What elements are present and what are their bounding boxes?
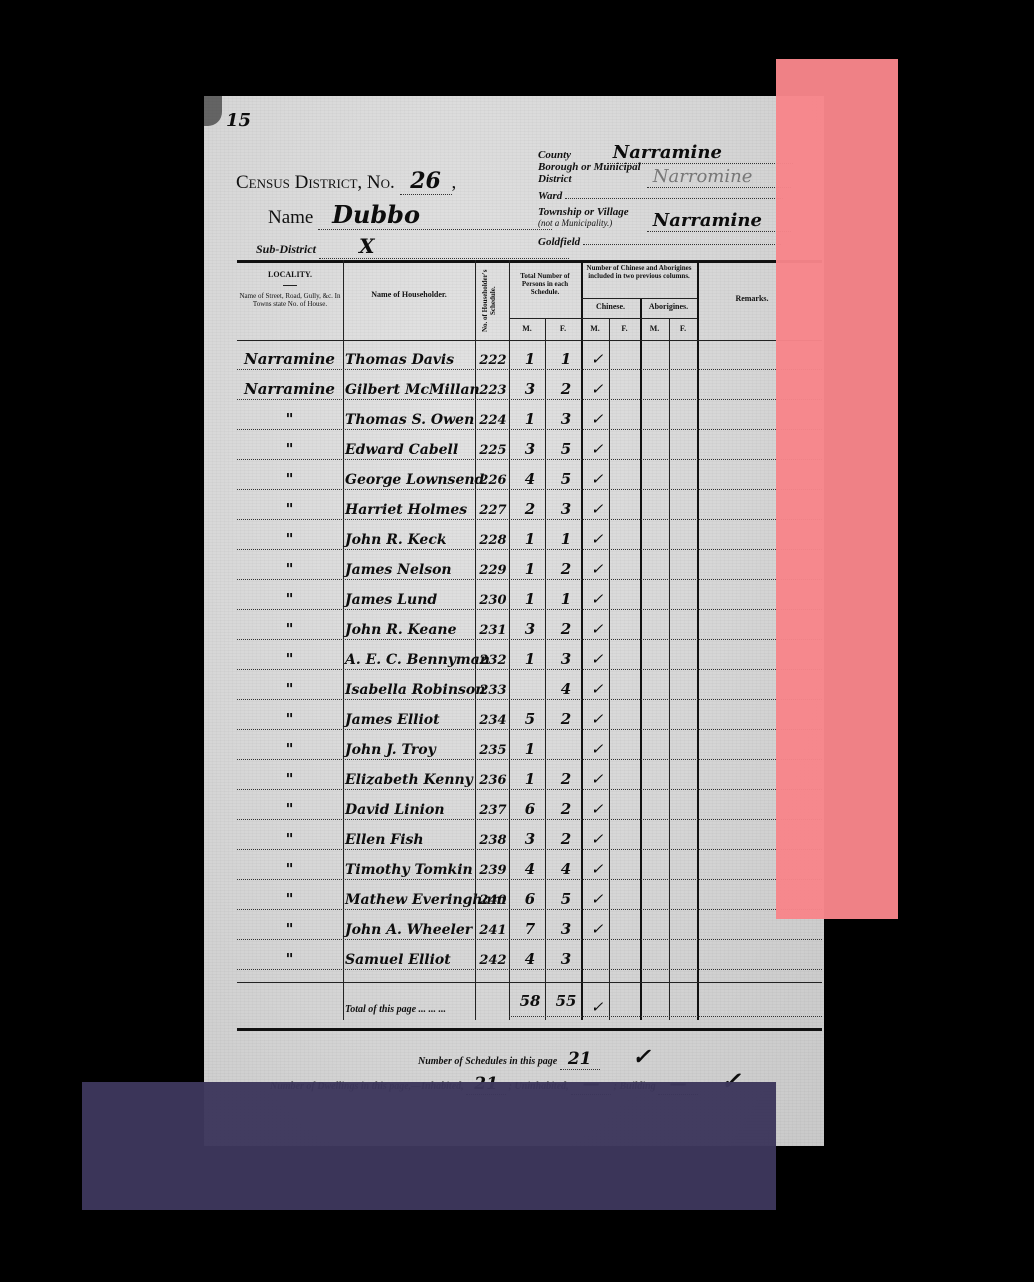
locality-cell: "	[237, 890, 342, 908]
total-m-cell: 4	[512, 950, 548, 968]
householder-name-cell: Harriet Holmes	[345, 502, 480, 518]
hdr-dash	[283, 285, 297, 286]
hdr-rule-total	[509, 318, 581, 319]
check-mark-cell: ✓	[585, 500, 609, 518]
householder-name-cell: A. E. C. Bennyman	[345, 652, 480, 668]
householder-name-cell: John A. Wheeler	[345, 922, 480, 938]
check-mark-cell: ✓	[585, 380, 609, 398]
row-dotted-rule	[237, 819, 822, 820]
row-dotted-rule	[237, 699, 822, 700]
ward-label: Ward	[538, 190, 562, 202]
table-top-rule	[237, 260, 822, 263]
total-f-cell: 2	[548, 830, 584, 848]
locality-cell: "	[237, 920, 342, 938]
total-m-cell: 1	[512, 770, 548, 788]
table-row: "Samuel Elliot24243	[237, 942, 822, 972]
locality-cell: Narramine	[237, 380, 342, 398]
hdr-chinese-f: F.	[609, 324, 640, 333]
schedule-no-cell: 222	[475, 353, 511, 368]
schedule-no-cell: 239	[475, 863, 511, 878]
row-dotted-rule	[237, 489, 822, 490]
hdr-total-f: F.	[545, 324, 581, 333]
hdr-schedule-no: No. of Householder's Schedule.	[481, 264, 503, 338]
locality-cell: "	[237, 830, 342, 848]
goldfield-label: Goldfield	[538, 236, 580, 248]
row-dotted-rule	[237, 519, 822, 520]
total-f-cell: 2	[548, 710, 584, 728]
total-m-cell: 5	[512, 710, 548, 728]
schedule-no-cell: 227	[475, 503, 511, 518]
total-f-cell: 2	[548, 800, 584, 818]
table-row: NarramineThomas Davis22211✓	[237, 342, 822, 372]
township-label: Township or Village	[538, 206, 629, 218]
pink-overlay-block	[776, 59, 898, 919]
row-dotted-rule	[237, 939, 822, 940]
total-m-cell: 6	[512, 890, 548, 908]
page-number: 15	[226, 110, 251, 131]
householder-name-cell: James Elliot	[345, 712, 480, 728]
total-f-cell: 5	[548, 440, 584, 458]
table-row: "James Elliot23452✓	[237, 702, 822, 732]
total-f-cell: 3	[548, 500, 584, 518]
row-dotted-rule	[237, 669, 822, 670]
hdr-householder: Name of Householder.	[343, 290, 475, 299]
row-dotted-rule	[237, 459, 822, 460]
row-dotted-rule	[237, 909, 822, 910]
schedule-no-cell: 229	[475, 563, 511, 578]
table-row: "James Lund23011✓	[237, 582, 822, 612]
check-mark-cell: ✓	[585, 710, 609, 728]
sub-district-value: X	[319, 234, 569, 259]
table-row: "Thomas S. Owen22413✓	[237, 402, 822, 432]
hdr-chinese-m: M.	[581, 324, 609, 333]
schedule-no-cell: 223	[475, 383, 511, 398]
hdr-aborigines: Aborigines.	[640, 302, 697, 311]
torn-corner	[204, 96, 222, 126]
householder-name-cell: Samuel Elliot	[345, 952, 480, 968]
township-value: Narramine	[647, 210, 791, 232]
total-f-cell: 5	[548, 470, 584, 488]
householder-name-cell: Elizabeth Kenny	[345, 772, 480, 788]
goldfield-field: Goldfield	[538, 236, 781, 248]
locality-cell: "	[237, 710, 342, 728]
householder-name-cell: John J. Troy	[345, 742, 480, 758]
census-district-heading: Census District, No. 26,	[236, 168, 456, 195]
check-mark-cell: ✓	[585, 350, 609, 368]
schedule-no-cell: 230	[475, 593, 511, 608]
check-mark-cell: ✓	[585, 560, 609, 578]
borough-value: Narromine	[647, 166, 791, 188]
hdr-locality-title: LOCALITY.	[237, 270, 343, 279]
locality-cell: "	[237, 680, 342, 698]
householder-name-cell: Mathew Everingham	[345, 892, 480, 908]
hdr-abor-f: F.	[669, 324, 697, 333]
total-f-cell: 4	[548, 860, 584, 878]
row-dotted-rule	[237, 369, 822, 370]
locality-cell: "	[237, 530, 342, 548]
total-m-cell: 1	[512, 590, 548, 608]
sub-district-line: Sub-District X	[256, 234, 569, 259]
total-m-cell: 4	[512, 470, 548, 488]
total-f-cell: 2	[548, 620, 584, 638]
total-m-cell: 1	[512, 410, 548, 428]
householder-name-cell: Timothy Tomkin	[345, 862, 480, 878]
table-row: "John J. Troy2351✓	[237, 732, 822, 762]
district-name-line: Name Dubbo	[268, 200, 552, 230]
householder-name-cell: Ellen Fish	[345, 832, 480, 848]
hdr-rule-sub	[581, 318, 697, 319]
check-mark-cell: ✓	[585, 740, 609, 758]
schedule-no-cell: 231	[475, 623, 511, 638]
hdr-total-m: M.	[509, 324, 545, 333]
householder-name-cell: Isabella Robinson	[345, 682, 480, 698]
row-dotted-rule	[237, 969, 822, 970]
locality-cell: "	[237, 650, 342, 668]
table-row: "Mathew Everingham24065✓	[237, 882, 822, 912]
total-m-cell: 1	[512, 740, 548, 758]
schedule-no-cell: 225	[475, 443, 511, 458]
total-f-cell: 3	[548, 650, 584, 668]
schedule-no-cell: 224	[475, 413, 511, 428]
schedule-no-cell: 228	[475, 533, 511, 548]
householder-name-cell: Gilbert McMillan	[345, 382, 480, 398]
check-mark-cell: ✓	[585, 800, 609, 818]
name-label: Name	[268, 207, 313, 228]
table-row: "Timothy Tomkin23944✓	[237, 852, 822, 882]
householder-name-cell: John R. Keane	[345, 622, 480, 638]
check-mark-cell: ✓	[585, 680, 609, 698]
total-f-cell: 4	[548, 680, 584, 698]
row-dotted-rule	[237, 609, 822, 610]
total-f-cell: 2	[548, 770, 584, 788]
hdr-chinese: Chinese.	[581, 302, 640, 311]
total-f-cell: 1	[548, 530, 584, 548]
check-mark-cell: ✓	[585, 470, 609, 488]
total-f-cell: 5	[548, 890, 584, 908]
total-m-cell: 2	[512, 500, 548, 518]
schedule-no-cell: 226	[475, 473, 511, 488]
householder-name-cell: David Linion	[345, 802, 480, 818]
row-dotted-rule	[237, 429, 822, 430]
total-m-cell: 3	[512, 830, 548, 848]
schedule-no-cell: 242	[475, 953, 511, 968]
table-row: "Elizabeth Kenny23612✓	[237, 762, 822, 792]
hdr-bottom-rule	[237, 340, 822, 341]
table-row: "James Nelson22912✓	[237, 552, 822, 582]
check-mark-cell: ✓	[585, 770, 609, 788]
totals-f: 55	[548, 992, 584, 1010]
sub-district-label: Sub-District	[256, 242, 316, 256]
row-dotted-rule	[237, 849, 822, 850]
goldfield-value	[583, 244, 781, 245]
totals-m: 58	[512, 992, 548, 1010]
householder-name-cell: John R. Keck	[345, 532, 480, 548]
check-mark-cell: ✓	[585, 860, 609, 878]
row-dotted-rule	[237, 879, 822, 880]
total-m-cell: 3	[512, 440, 548, 458]
table-row: "Isabella Robinson2334✓	[237, 672, 822, 702]
table-row: "George Lownsend22645✓	[237, 462, 822, 492]
table-row: "Edward Cabell22535✓	[237, 432, 822, 462]
schedule-no-cell: 240	[475, 893, 511, 908]
row-dotted-rule	[237, 549, 822, 550]
hdr-total-persons: Total Number of Persons in each Schedule…	[509, 272, 581, 296]
table-row: "Ellen Fish23832✓	[237, 822, 822, 852]
ward-value	[565, 198, 783, 199]
schedule-no-cell: 233	[475, 683, 511, 698]
row-dotted-rule	[237, 399, 822, 400]
schedule-no-cell: 235	[475, 743, 511, 758]
township-field: Township or Village (not a Municipality.…	[538, 206, 791, 232]
householder-name-cell: George Lownsend	[345, 472, 480, 488]
check-mark-cell: ✓	[585, 620, 609, 638]
totals-label: Total of this page ... ... ...	[345, 1004, 446, 1015]
totals-check: ✓	[585, 998, 609, 1016]
check-mark-cell: ✓	[585, 920, 609, 938]
total-m-cell: 3	[512, 620, 548, 638]
table-row: "John R. Keck22811✓	[237, 522, 822, 552]
check-mark-cell: ✓	[585, 410, 609, 428]
schedule-no-cell: 234	[475, 713, 511, 728]
district-name-value: Dubbo	[318, 200, 552, 230]
borough-label: Borough or Municipal District	[538, 162, 644, 185]
table-row: "John A. Wheeler24173✓	[237, 912, 822, 942]
schedule-no-cell: 237	[475, 803, 511, 818]
total-f-cell: 2	[548, 380, 584, 398]
table-row: NarramineGilbert McMillan22332✓	[237, 372, 822, 402]
hdr-abor-m: M.	[640, 324, 669, 333]
census-document-scan: 15 Census District, No. 26, Name Dubbo S…	[204, 96, 824, 1146]
row-dotted-rule	[237, 639, 822, 640]
householder-name-cell: James Nelson	[345, 562, 480, 578]
total-f-cell: 3	[548, 920, 584, 938]
total-f-cell: 2	[548, 560, 584, 578]
ward-field: Ward	[538, 190, 783, 202]
totals-top-rule	[237, 982, 822, 983]
total-f-cell: 1	[548, 590, 584, 608]
hdr-rule-group	[581, 298, 697, 299]
schedule-no-cell: 232	[475, 653, 511, 668]
locality-cell: "	[237, 740, 342, 758]
locality-cell: "	[237, 500, 342, 518]
row-dotted-rule	[237, 579, 822, 580]
totals-bottom-rule	[237, 1028, 822, 1031]
locality-cell: "	[237, 560, 342, 578]
table-row: "A. E. C. Bennyman23213✓	[237, 642, 822, 672]
total-m-cell: 3	[512, 380, 548, 398]
locality-cell: "	[237, 440, 342, 458]
table-row: "David Linion23762✓	[237, 792, 822, 822]
householder-name-cell: Thomas S. Owen	[345, 412, 480, 428]
township-label-group: Township or Village (not a Municipality.…	[538, 206, 644, 228]
total-m-cell: 1	[512, 530, 548, 548]
hdr-chinese-abor: Number of Chinese and Aborigines include…	[581, 264, 697, 280]
census-district-label: Census District, No.	[236, 172, 395, 193]
row-dotted-rule	[237, 729, 822, 730]
row-dotted-rule	[237, 759, 822, 760]
locality-cell: "	[237, 470, 342, 488]
table-row: "John R. Keane23132✓	[237, 612, 822, 642]
locality-cell: "	[237, 950, 342, 968]
check-mark-cell: ✓	[585, 590, 609, 608]
row-dotted-rule	[237, 789, 822, 790]
check-mark-cell: ✓	[585, 530, 609, 548]
locality-cell: "	[237, 590, 342, 608]
total-m-cell: 1	[512, 350, 548, 368]
householder-name-cell: Edward Cabell	[345, 442, 480, 458]
locality-cell: "	[237, 410, 342, 428]
total-m-cell: 1	[512, 560, 548, 578]
hdr-locality-sub: Name of Street, Road, Gully, &c. In Town…	[237, 292, 343, 308]
borough-field: Borough or Municipal District Narromine	[538, 162, 791, 188]
locality-cell: Narramine	[237, 350, 342, 368]
totals-dots	[509, 1016, 822, 1017]
total-m-cell: 7	[512, 920, 548, 938]
purple-overlay-block	[82, 1082, 776, 1210]
hdr-locality: LOCALITY. Name of Street, Road, Gully, &…	[237, 270, 343, 308]
total-f-cell: 3	[548, 410, 584, 428]
locality-cell: "	[237, 860, 342, 878]
locality-cell: "	[237, 770, 342, 788]
total-m-cell: 1	[512, 650, 548, 668]
check-mark-cell: ✓	[585, 650, 609, 668]
locality-cell: "	[237, 620, 342, 638]
check-mark-cell: ✓	[585, 440, 609, 458]
schedule-no-cell: 241	[475, 923, 511, 938]
check-mark-cell: ✓	[585, 830, 609, 848]
total-f-cell: 3	[548, 950, 584, 968]
check-mark-cell: ✓	[585, 890, 609, 908]
total-m-cell: 6	[512, 800, 548, 818]
total-f-cell: 1	[548, 350, 584, 368]
schedule-no-cell: 236	[475, 773, 511, 788]
locality-cell: "	[237, 800, 342, 818]
township-sub-label: (not a Municipality.)	[538, 218, 644, 228]
total-m-cell: 4	[512, 860, 548, 878]
householder-name-cell: Thomas Davis	[345, 352, 480, 368]
census-district-number: 26	[400, 168, 452, 195]
totals-row: Total of this page ... ... ... 58 55 ✓	[237, 982, 822, 1030]
county-label: County	[538, 149, 604, 161]
table-row: "Harriet Holmes22723✓	[237, 492, 822, 522]
householder-name-cell: James Lund	[345, 592, 480, 608]
schedule-no-cell: 238	[475, 833, 511, 848]
